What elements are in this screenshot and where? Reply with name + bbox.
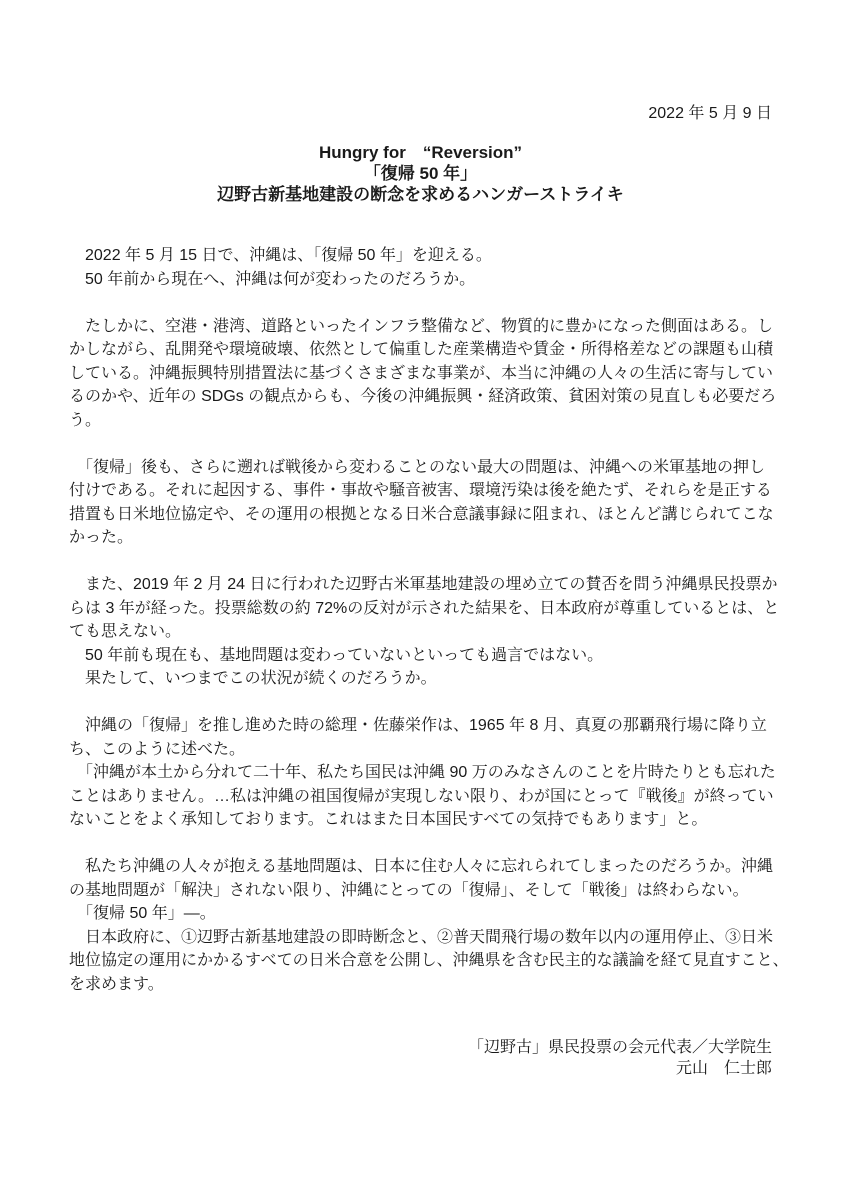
- text-line: ち、このように述べた。: [69, 738, 772, 762]
- signature-name-line: 元山 仁士郎: [69, 1058, 772, 1080]
- paragraph: また、2019 年 2 月 24 日に行われた辺野古米軍基地建設の埋め立ての賛否…: [69, 573, 772, 691]
- text-line: う。: [69, 409, 772, 433]
- text-line: たしかに、空港・港湾、道路といったインフラ整備など、物質的に豊かになった側面はあ…: [69, 315, 772, 339]
- signature-block: 「辺野古」県民投票の会元代表／大学院生 元山 仁士郎: [69, 1037, 772, 1080]
- text-line: 果たして、いつまでこの状況が続くのだろうか。: [69, 667, 772, 691]
- title-line-main: 辺野古新基地建設の断念を求めるハンガーストライキ: [69, 184, 772, 205]
- date-line: 2022 年 5 月 9 日: [69, 102, 772, 125]
- title-block: Hungry for “Reversion” 「復帰 50 年」 辺野古新基地建…: [69, 142, 772, 205]
- text-line: るのかや、近年の SDGs の観点からも、今後の沖縄振興・経済政策、貧困対策の見…: [69, 385, 772, 409]
- text-line: を求めます。: [69, 973, 772, 997]
- text-line: ことはありません。…私は沖縄の祖国復帰が実現しない限り、わが国にとって『戦後』が…: [69, 785, 772, 809]
- text-line: かった。: [69, 526, 772, 550]
- text-line: 日本政府に、①辺野古新基地建設の即時断念と、②普天間飛行場の数年以内の運用停止、…: [69, 926, 772, 950]
- signature-role-line: 「辺野古」県民投票の会元代表／大学院生: [69, 1037, 772, 1059]
- paragraph: 沖縄の「復帰」を推し進めた時の総理・佐藤栄作は、1965 年 8 月、真夏の那覇…: [69, 714, 772, 832]
- paragraph: 2022 年 5 月 15 日で、沖縄は、「復帰 50 年」を迎える。 50 年…: [69, 244, 772, 291]
- text-line: の基地問題が「解決」されない限り、沖縄にとっての「復帰」、そして「戦後」は終わら…: [69, 879, 772, 903]
- text-line: 「復帰 50 年」―。: [69, 902, 772, 926]
- text-line: ないことをよく承知しております。これはまた日本国民すべての気持でもあります」と。: [69, 808, 772, 832]
- text-line: かしながら、乱開発や環境破壊、依然として偏重した産業構造や賃金・所得格差などの課…: [69, 338, 772, 362]
- paragraph: 「復帰」後も、さらに遡れば戦後から変わることのない最大の問題は、沖縄への米軍基地…: [69, 456, 772, 550]
- text-line: 地位協定の運用にかかるすべての日米合意を公開し、沖縄県を含む民主的な議論を経て見…: [69, 949, 772, 973]
- text-line: 措置も日米地位協定や、その運用の根拠となる日米合意議事録に阻まれ、ほとんど講じら…: [69, 503, 772, 527]
- document-body: 2022 年 5 月 15 日で、沖縄は、「復帰 50 年」を迎える。 50 年…: [69, 244, 772, 1020]
- paragraph: 私たち沖縄の人々が抱える基地問題は、日本に住む人々に忘れられてしまったのだろうか…: [69, 855, 772, 996]
- text-line: 「復帰」後も、さらに遡れば戦後から変わることのない最大の問題は、沖縄への米軍基地…: [69, 456, 772, 480]
- text-line: 50 年前から現在へ、沖縄は何が変わったのだろうか。: [69, 268, 772, 292]
- text-line: している。沖縄振興特別措置法に基づくさまざまな事業が、本当に沖縄の人々の生活に寄…: [69, 362, 772, 386]
- text-line: また、2019 年 2 月 24 日に行われた辺野古米軍基地建設の埋め立ての賛否…: [69, 573, 772, 597]
- title-line-english: Hungry for “Reversion”: [69, 142, 772, 163]
- title-line-theme: 「復帰 50 年」: [69, 163, 772, 184]
- text-line: らは 3 年が経った。投票総数の約 72%の反対が示された結果を、日本政府が尊重…: [69, 597, 772, 621]
- text-line: ても思えない。: [69, 620, 772, 644]
- document-page: 2022 年 5 月 9 日 Hungry for “Reversion” 「復…: [0, 0, 848, 1200]
- text-line: 50 年前も現在も、基地問題は変わっていないといっても過言ではない。: [69, 644, 772, 668]
- text-line: 「沖縄が本土から分れて二十年、私たち国民は沖縄 90 万のみなさんのことを片時た…: [69, 761, 772, 785]
- text-line: 私たち沖縄の人々が抱える基地問題は、日本に住む人々に忘れられてしまったのだろうか…: [69, 855, 772, 879]
- paragraph: たしかに、空港・港湾、道路といったインフラ整備など、物質的に豊かになった側面はあ…: [69, 315, 772, 433]
- text-line: 2022 年 5 月 15 日で、沖縄は、「復帰 50 年」を迎える。: [69, 244, 772, 268]
- text-line: 沖縄の「復帰」を推し進めた時の総理・佐藤栄作は、1965 年 8 月、真夏の那覇…: [69, 714, 772, 738]
- text-line: 付けである。それに起因する、事件・事故や騒音被害、環境汚染は後を絶たず、それらを…: [69, 479, 772, 503]
